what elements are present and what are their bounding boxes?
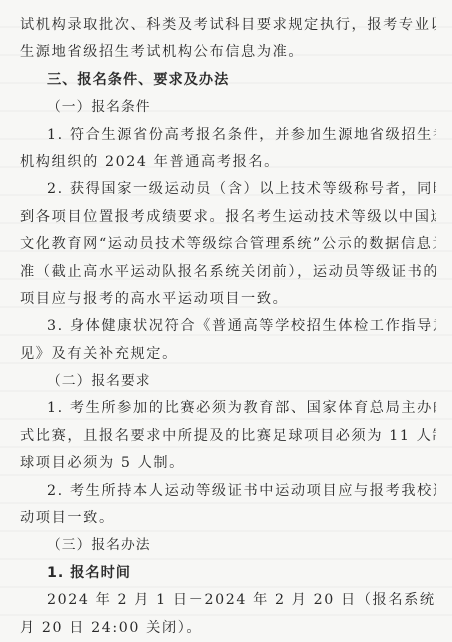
text-line: 式比赛，且报名要求中所提及的比赛足球项目必须为 11 人制、篮 xyxy=(20,423,436,450)
text-line: 动项目一致。 xyxy=(20,505,436,532)
list-item: 2. 考生所持本人运动等级证书中运动项目应与报考我校运 xyxy=(20,478,436,505)
text-line: 生源地省级招生考试机构公布信息为准。 xyxy=(20,39,436,66)
list-item: 1. 符合生源省份高考报名条件，并参加生源地省级招生考试 xyxy=(20,122,436,149)
document-body: 试机构录取批次、科类及考试科目要求规定执行，报考专业以各 生源地省级招生考试机构… xyxy=(20,12,436,642)
text-line: 文化教育网“运动员技术等级综合管理系统”公示的数据信息为 xyxy=(20,231,436,258)
item-heading: 1. 报名时间 xyxy=(20,560,436,587)
text-line: 月 20 日 24:00 关闭）。 xyxy=(20,615,436,642)
list-item: 1. 考生所参加的比赛必须为教育部、国家体育总局主办的正 xyxy=(20,395,436,422)
text-line: 球项目必须为 5 人制。 xyxy=(20,450,436,477)
subsection-heading: （二）报名要求 xyxy=(20,368,436,395)
subsection-heading: （三）报名办法 xyxy=(20,532,436,559)
text-line: 准（截止高水平运动队报名系统关闭前），运动员等级证书的运动 xyxy=(20,259,436,286)
list-item: 2024 年 2 月 1 日－2024 年 2 月 20 日（报名系统于 202… xyxy=(20,587,436,614)
text-line: 机构组织的 2024 年普通高考报名。 xyxy=(20,149,436,176)
section-heading: 三、报名条件、要求及办法 xyxy=(20,67,436,94)
list-item: 2. 获得国家一级运动员（含）以上技术等级称号者，同时达 xyxy=(20,176,436,203)
text-line: 试机构录取批次、科类及考试科目要求规定执行，报考专业以各 xyxy=(20,12,436,39)
text-line: 到各项目位置报考成绩要求。报名考生运动技术等级以中国运动 xyxy=(20,204,436,231)
text-line: 见》及有关补充规定。 xyxy=(20,341,436,368)
list-item: 3. 身体健康状况符合《普通高等学校招生体检工作指导意 xyxy=(20,313,436,340)
text-line: 项目应与报考的高水平运动项目一致。 xyxy=(20,286,436,313)
subsection-heading: （一）报名条件 xyxy=(20,94,436,121)
